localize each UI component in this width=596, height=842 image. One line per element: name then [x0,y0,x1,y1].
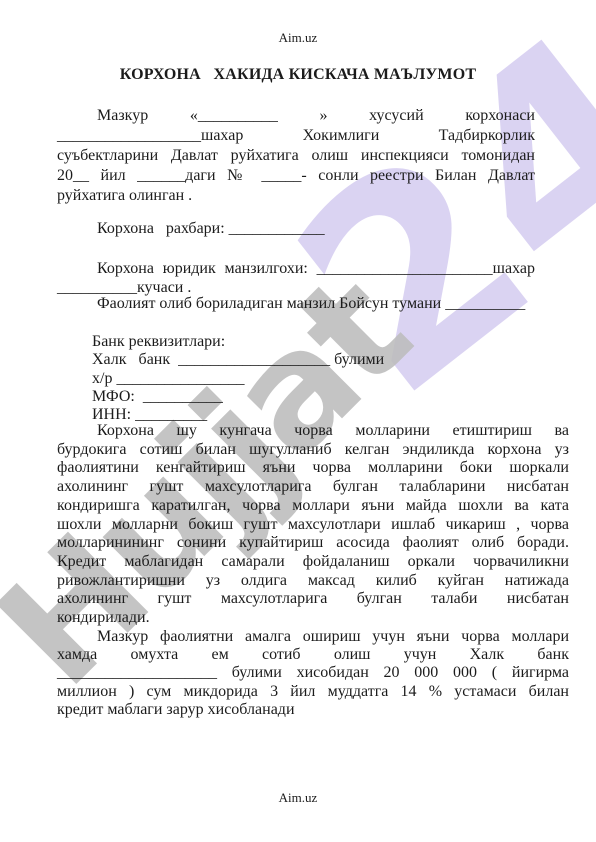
body-line: хамда омухта ем сотиб олиш учун Халк бан… [57,646,569,664]
intro-paragraph: Мазкур «__________ » хусусий корхонаси _… [57,106,569,206]
body-line: бурдокига сотиш билан шугулланиб келган … [57,441,569,460]
activity-address-block: Фаолият олиб бориладиган манзил Бойсун т… [57,294,569,313]
intro-line: Мазкур «__________ » хусусий корхонаси [57,106,535,126]
legal-address-block: Корхона юридик манзилгохи: _____________… [57,259,569,297]
director-block: Корхона рахбари: ____________ [57,219,569,238]
bank-line: Халк банк ___________________ булими [92,351,569,369]
bank-line: Банк реквизитлари: [92,333,569,351]
body-line: шохли молларни бокиш гушт махсулотлари и… [57,516,569,535]
body-line: миллион ) сум микдорида 3 йил муддатга 1… [57,683,569,701]
body-line: ривожлантиришни уз олдига максад килиб к… [57,572,569,591]
credit-request-paragraph: Мазкур фаолиятни амалга ошириш учун яъни… [57,628,569,719]
body-line: фаолиятини кенгайтириш яъни чорва моллар… [57,459,569,478]
activity-address-line: Фаолият олиб бориладиган манзил Бойсун т… [57,294,569,313]
address-line: Корхона юридик манзилгохи: _____________… [57,259,535,278]
body-line: кондиришга каратилган, чорва моллари яън… [57,497,569,516]
director-line: Корхона рахбари: ____________ [57,219,569,238]
body-line: Мазкур фаолиятни амалга ошириш учун яъни… [57,628,569,646]
activity-description-paragraph: Корхона шу кунгача чорва молларини етишт… [57,422,569,628]
bank-requisites-block: Банк реквизитлари: Халк банк ___________… [57,333,569,424]
bank-line: МФО: __________ [92,388,569,406]
intro-line: 20__ йил ______даги № _____- сонли реест… [57,166,535,186]
body-line: молларинининг сонини купайтириш асосида … [57,534,569,553]
body-line: ____________________ булими хисобидан 20… [57,664,569,682]
intro-line: суъбектларини Давлат руйхатига олиш инсп… [57,146,535,166]
body-line: кондирилади. [57,609,569,628]
document-title: КОРХОНА ХАКИДА КИСКАЧА МАЪЛУМОТ [0,66,596,84]
bank-line: х/р ________________ [92,370,569,388]
body-line: кредит маблаги зарур хисобланади [57,701,569,719]
body-line: ахолининг гушт махсулотларига булган тал… [57,478,569,497]
body-line: Кредит маблагидан самарали фойдаланиш ор… [57,553,569,572]
body-line: ахолининг гушт махсулотларига булган тал… [57,590,569,609]
site-header: Aim.uz [0,30,596,46]
intro-line: __________________шахар Хокимлиги Тадбир… [57,126,535,146]
intro-line: руйхатига олинган . [57,186,535,206]
document-page: 24 Hujjat Aim.uz КОРХОНА ХАКИДА КИСКАЧА … [0,0,596,842]
body-line: Корхона шу кунгача чорва молларини етишт… [57,422,569,441]
site-footer: Aim.uz [0,790,596,806]
